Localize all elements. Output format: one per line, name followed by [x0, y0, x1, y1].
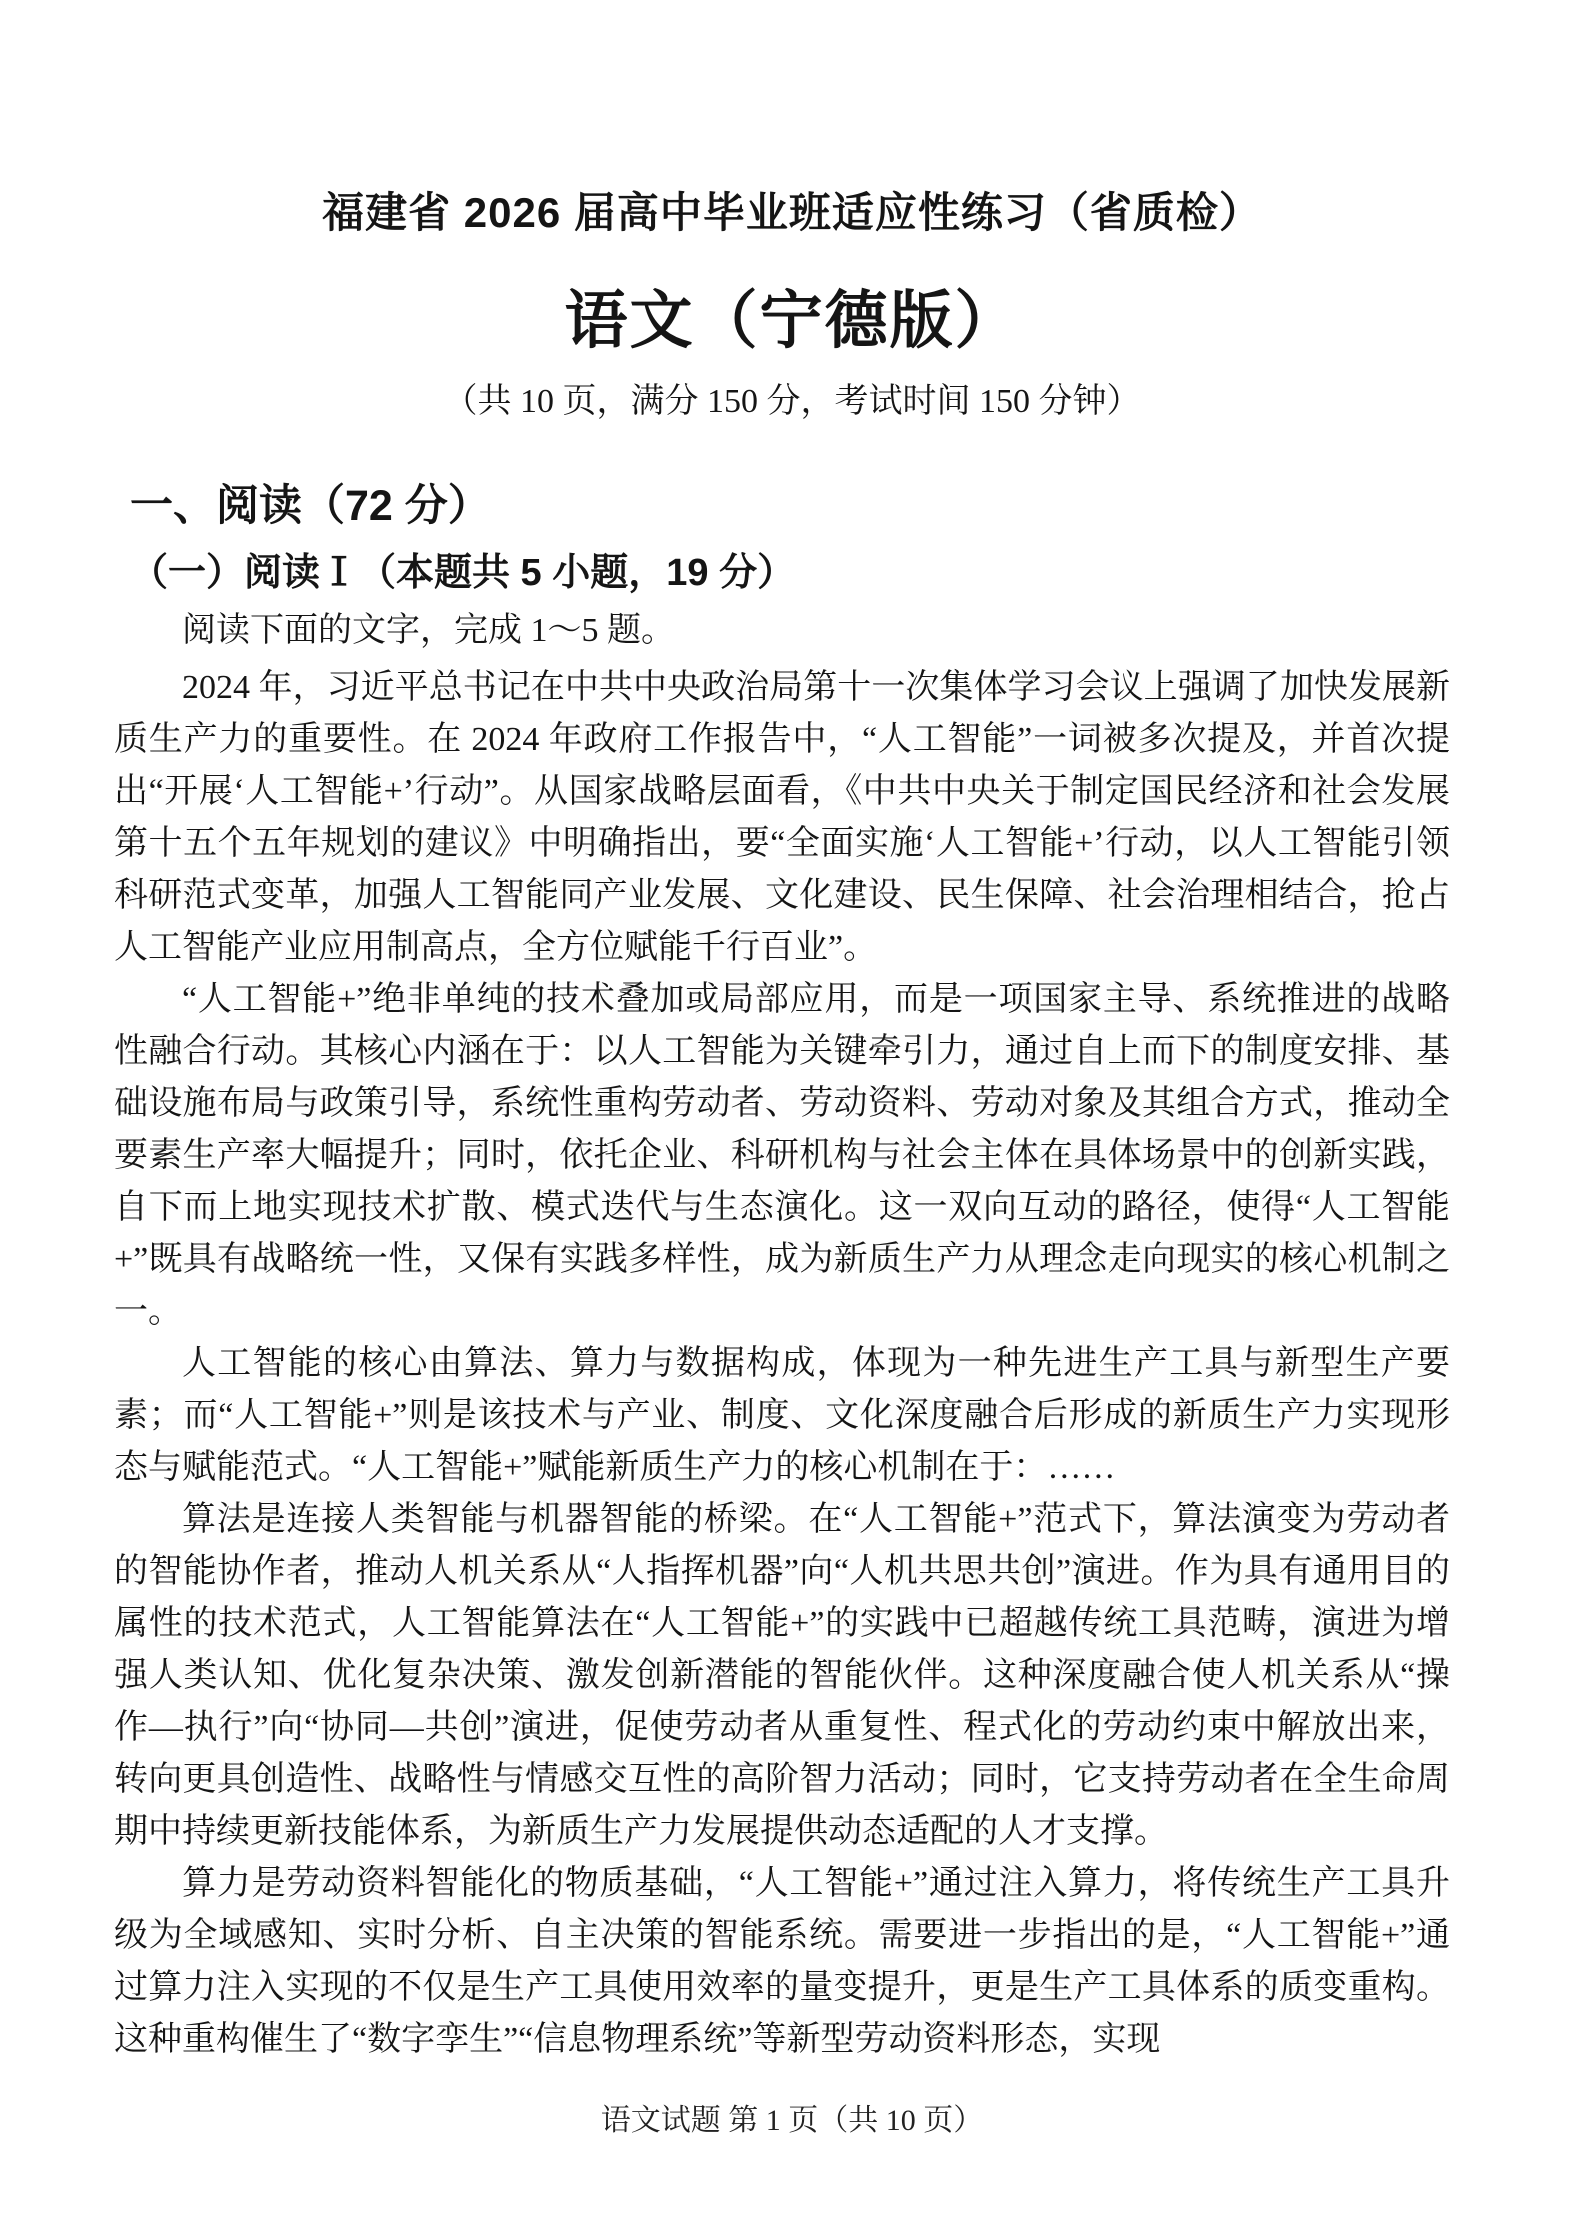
passage-paragraph-4: 算法是连接人类智能与机器智能的桥梁。在“人工智能+”范式下，算法演变为劳动者的智… [114, 1494, 1450, 1858]
page-footer: 语文试题 第 1 页（共 10 页） [0, 2106, 1584, 2136]
passage-paragraph-3: 人工智能的核心由算法、算力与数据构成，体现为一种先进生产工具与新型生产要素；而“… [114, 1338, 1450, 1494]
reading-passage: 2024 年，习近平总书记在中共中央政治局第十一次集体学习会议上强调了加快发展新… [114, 662, 1450, 2066]
subsection-reading1-heading: （一）阅读Ⅰ（本题共 5 小题，19 分） [130, 554, 1450, 592]
passage-paragraph-1: 2024 年，习近平总书记在中共中央政治局第十一次集体学习会议上强调了加快发展新… [114, 662, 1450, 974]
exam-header-title: 福建省 2026 届高中毕业班适应性练习（省质检） [0, 0, 1584, 234]
reading-instruction: 阅读下面的文字，完成 1～5 题。 [114, 614, 1450, 648]
paper-info-line: （共 10 页，满分 150 分，考试时间 150 分钟） [0, 385, 1584, 419]
passage-paragraph-5: 算力是劳动资料智能化的物质基础，“人工智能+”通过注入算力，将传统生产工具升级为… [114, 1858, 1450, 2066]
paper-title: 语文（宁德版） [0, 290, 1584, 353]
passage-paragraph-2: “人工智能+”绝非单纯的技术叠加或局部应用，而是一项国家主导、系统推进的战略性融… [114, 974, 1450, 1338]
exam-paper-page: 福建省 2026 届高中毕业班适应性练习（省质检） 语文（宁德版） （共 10 … [0, 0, 1584, 2240]
section-reading-heading: 一、阅读（72 分） [130, 485, 1450, 528]
